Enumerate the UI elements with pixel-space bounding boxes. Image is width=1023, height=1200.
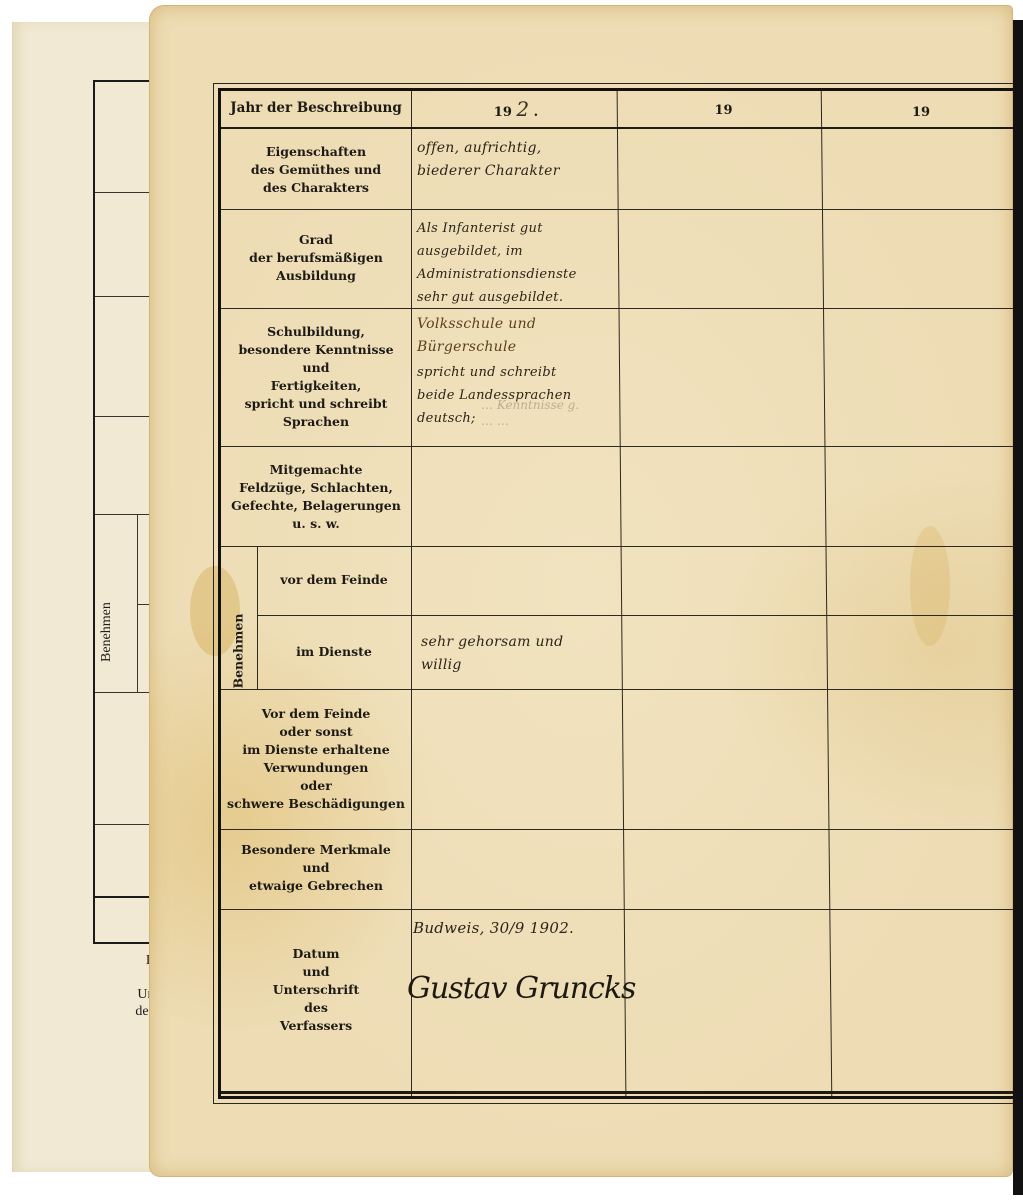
entry-character: offen, aufrichtig, biederer Charakter (417, 137, 617, 183)
scan-edge (1013, 20, 1023, 1195)
header-divider (221, 127, 1016, 129)
benehmen-divider (257, 546, 258, 689)
entry-education-schools: Volksschule und Bürgerschule (417, 313, 617, 359)
row-divider (257, 615, 1016, 616)
label-date-signature: Datum und Unterschrift des Verfassers (221, 945, 411, 1035)
label-training: Grad der berufsmäßigen Ausbildung (221, 231, 411, 285)
entry-training: Als Infanterist gut ausgebildet, im Admi… (417, 217, 627, 309)
row-divider (221, 446, 1016, 447)
back-benehmen-divider (137, 514, 138, 692)
front-page: Jahr der Beschreibung 19 2 . 19 19 Eigen… (150, 6, 1012, 1176)
row-divider (221, 689, 1016, 690)
header-label: Jahr der Beschreibung (221, 99, 411, 117)
label-in-service: im Dienste (257, 643, 411, 661)
year-column-2: 19 (621, 103, 826, 118)
column-divider (411, 91, 412, 1096)
description-form-table: Jahr der Beschreibung 19 2 . 19 19 Eigen… (218, 88, 1016, 1099)
author-signature: Gustav Gruncks (407, 971, 635, 1006)
row-divider (221, 546, 1016, 547)
row-divider (221, 909, 1016, 910)
table-bottom-border (221, 1091, 1016, 1094)
year-column-3: 19 (826, 105, 1016, 120)
label-education: Schulbildung, besondere Kenntnisse und F… (221, 323, 411, 431)
column-divider (821, 91, 833, 1096)
label-character: Eigenschaften des Gemüthes und des Chara… (221, 143, 411, 197)
label-before-enemy: vor dem Feinde (257, 571, 411, 589)
entry-in-service: sehr gehorsam und willig (421, 631, 621, 677)
benehmen-group-label: Benehmen (231, 619, 246, 689)
label-features: Besondere Merkmale und etwaige Gebrechen (221, 841, 411, 895)
label-campaigns: Mitgemachte Feldzüge, Schlachten, Gefech… (221, 461, 411, 533)
label-injuries: Vor dem Feinde oder sonst im Dienste erh… (221, 705, 411, 813)
year-column-1: 19 2 . (411, 97, 621, 121)
entry-date: Budweis, 30/9 1902. (413, 917, 623, 940)
row-divider (221, 829, 1016, 830)
back-benehmen-label: Benehmen (99, 602, 115, 662)
entry-education-languages: spricht und schreibt beide Landessprache… (417, 361, 627, 430)
row-divider (221, 209, 1016, 210)
